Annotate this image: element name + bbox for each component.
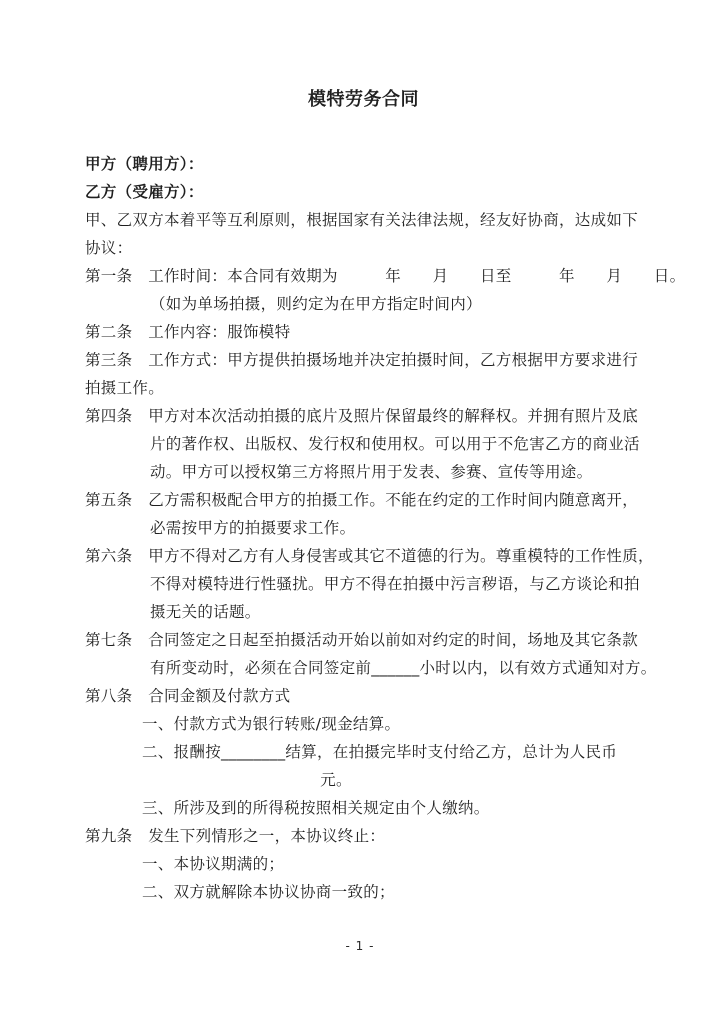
clause-9-item-2: 二、双方就解除本协议协商一致的； — [85, 878, 642, 906]
clause-5-line-2: 必需按甲方的拍摄要求工作。 — [85, 514, 642, 542]
clause-6-line-2: 不得对模特进行性骚扰。甲方不得在拍摄中污言秽语，与乙方谈论和拍 — [85, 570, 642, 598]
clause-5-line-1: 第五条 乙方需积极配合甲方的拍摄工作。不能在约定的工作时间内随意离开， — [85, 486, 642, 514]
document-page: 模特劳务合同 甲方（聘用方）： 乙方（受雇方）： 甲、乙双方本着平等互利原则，根… — [0, 0, 720, 1017]
clause-4-line-1: 第四条 甲方对本次活动拍摄的底片及照片保留最终的解释权。并拥有照片及底 — [85, 402, 642, 430]
clause-9-line: 第九条 发生下列情形之一，本协议终止： — [85, 822, 642, 850]
clause-3-line-1: 第三条 工作方式：甲方提供拍摄场地并决定拍摄时间，乙方根据甲方要求进行 — [85, 346, 642, 374]
clause-2-line: 第二条 工作内容：服饰模特 — [85, 318, 642, 346]
clause-7-line-2: 有所变动时，必须在合同签定前______小时以内，以有效方式通知对方。 — [85, 654, 642, 682]
clause-8-item-3: 三、所涉及到的所得税按照相关规定由个人缴纳。 — [85, 794, 642, 822]
clause-3-line-2: 拍摄工作。 — [85, 374, 642, 402]
clause-8-item-2-line-2: 元。 — [85, 766, 642, 794]
clause-6-line-1: 第六条 甲方不得对乙方有人身侵害或其它不道德的行为。尊重模特的工作性质， — [85, 542, 642, 570]
clause-8-item-1: 一、付款方式为银行转账/现金结算。 — [85, 710, 642, 738]
party-a-line: 甲方（聘用方）： — [85, 150, 642, 178]
party-b-line: 乙方（受雇方）： — [85, 178, 642, 206]
clause-6-line-3: 摄无关的话题。 — [85, 598, 642, 626]
document-content: 模特劳务合同 甲方（聘用方）： 乙方（受雇方）： 甲、乙双方本着平等互利原则，根… — [85, 0, 642, 906]
page-title: 模特劳务合同 — [85, 86, 642, 114]
preamble-line-1: 甲、乙双方本着平等互利原则，根据国家有关法律法规，经友好协商，达成如下 — [85, 206, 642, 234]
clause-1-line-2: （如为单场拍摄，则约定为在甲方指定时间内） — [85, 290, 642, 318]
clause-4-line-3: 动。甲方可以授权第三方将照片用于发表、参赛、宣传等用途。 — [85, 458, 642, 486]
clause-9-item-1: 一、本协议期满的； — [85, 850, 642, 878]
clause-4-line-2: 片的著作权、出版权、发行权和使用权。可以用于不危害乙方的商业活 — [85, 430, 642, 458]
clause-8-item-2-line-1: 二、报酬按________结算，在拍摄完毕时支付给乙方，总计为人民币 — [85, 738, 642, 766]
preamble-line-2: 协议： — [85, 234, 642, 262]
clause-8-line: 第八条 合同金额及付款方式 — [85, 682, 642, 710]
clause-7-line-1: 第七条 合同签定之日起至拍摄活动开始以前如对约定的时间，场地及其它条款 — [85, 626, 642, 654]
clause-1-line-1: 第一条 工作时间：本合同有效期为 年 月 日至 年 月 日。 — [85, 262, 642, 290]
page-number: - 1 - — [0, 938, 720, 954]
